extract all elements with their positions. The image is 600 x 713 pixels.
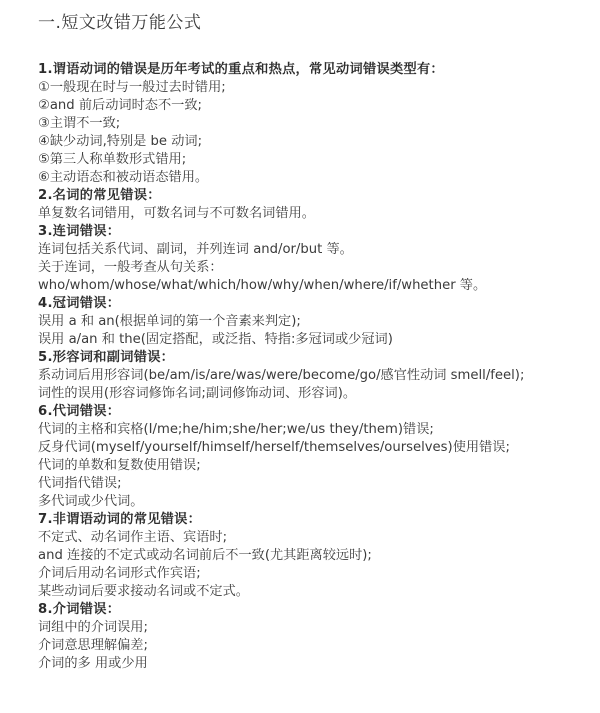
text-line: 介词意思理解偏差; bbox=[38, 637, 580, 655]
text-line: 介词的多 用或少用 bbox=[38, 655, 580, 673]
section-heading: 4.冠词错误： bbox=[38, 295, 580, 313]
text-line: 连词包括关系代词、副词，并列连词 and/or/but 等。 bbox=[38, 241, 580, 259]
text-line: 代词的主格和宾格(I/me;he/him;she/her;we/us they/… bbox=[38, 421, 580, 439]
text-line: 单复数名词错用，可数名词与不可数名词错用。 bbox=[38, 205, 580, 223]
text-line: 某些动词后要求接动名词或不定式。 bbox=[38, 583, 580, 601]
section-conjunction-errors: 3.连词错误： 连词包括关系代词、副词，并列连词 and/or/but 等。 关… bbox=[38, 223, 580, 295]
text-line: 关于连词，一般考查从句关系： bbox=[38, 259, 580, 277]
text-line: ⑥主动语态和被动语态错用。 bbox=[38, 169, 580, 187]
section-adjective-adverb-errors: 5.形容词和副词错误： 系动词后用形容词(be/am/is/are/was/we… bbox=[38, 349, 580, 403]
section-heading: 8.介词错误： bbox=[38, 601, 580, 619]
text-line: ⑤第三人称单数形式错用; bbox=[38, 151, 580, 169]
text-line: who/whom/whose/what/which/how/why/when/w… bbox=[38, 277, 580, 295]
section-pronoun-errors: 6.代词错误： 代词的主格和宾格(I/me;he/him;she/her;we/… bbox=[38, 403, 580, 511]
text-line: 代词的单数和复数使用错误; bbox=[38, 457, 580, 475]
text-line: 代词指代错误; bbox=[38, 475, 580, 493]
section-nonfinite-verb-errors: 7.非谓语动词的常见错误： 不定式、动名词作主语、宾语时; and 连接的不定式… bbox=[38, 511, 580, 601]
text-line: 误用 a/an 和 the(固定搭配，或泛指、特指:多冠词或少冠词) bbox=[38, 331, 580, 349]
section-heading: 5.形容词和副词错误： bbox=[38, 349, 580, 367]
section-article-errors: 4.冠词错误： 误用 a 和 an(根据单词的第一个音素来判定); 误用 a/a… bbox=[38, 295, 580, 349]
text-line: and 连接的不定式或动名词前后不一致(尤其距离较远时); bbox=[38, 547, 580, 565]
section-preposition-errors: 8.介词错误： 词组中的介词误用; 介词意思理解偏差; 介词的多 用或少用 bbox=[38, 601, 580, 673]
section-heading: 1.谓语动词的错误是历年考试的重点和热点，常见动词错误类型有： bbox=[38, 61, 580, 79]
text-line: 介词后用动名词形式作宾语; bbox=[38, 565, 580, 583]
section-noun-errors: 2.名词的常见错误： 单复数名词错用，可数名词与不可数名词错用。 bbox=[38, 187, 580, 223]
section-heading: 2.名词的常见错误： bbox=[38, 187, 580, 205]
document-page: 一.短文改错万能公式 1.谓语动词的错误是历年考试的重点和热点，常见动词错误类型… bbox=[0, 0, 600, 673]
section-verb-errors: 1.谓语动词的错误是历年考试的重点和热点，常见动词错误类型有： ①一般现在时与一… bbox=[38, 61, 580, 187]
text-line: ③主谓不一致; bbox=[38, 115, 580, 133]
section-heading: 6.代词错误： bbox=[38, 403, 580, 421]
text-line: 词组中的介词误用; bbox=[38, 619, 580, 637]
text-line: 不定式、动名词作主语、宾语时; bbox=[38, 529, 580, 547]
text-line: 误用 a 和 an(根据单词的第一个音素来判定); bbox=[38, 313, 580, 331]
text-line: 反身代词(myself/yourself/himself/herself/the… bbox=[38, 439, 580, 457]
text-line: ②and 前后动词时态不一致; bbox=[38, 97, 580, 115]
text-line: ④缺少动词,特别是 be 动词; bbox=[38, 133, 580, 151]
text-line: ①一般现在时与一般过去时错用; bbox=[38, 79, 580, 97]
text-line: 多代词或少代词。 bbox=[38, 493, 580, 511]
text-line: 词性的误用(形容词修饰名词;副词修饰动词、形容词)。 bbox=[38, 385, 580, 403]
page-title: 一.短文改错万能公式 bbox=[38, 12, 580, 34]
section-heading: 3.连词错误： bbox=[38, 223, 580, 241]
text-line: 系动词后用形容词(be/am/is/are/was/were/become/go… bbox=[38, 367, 580, 385]
section-heading: 7.非谓语动词的常见错误： bbox=[38, 511, 580, 529]
